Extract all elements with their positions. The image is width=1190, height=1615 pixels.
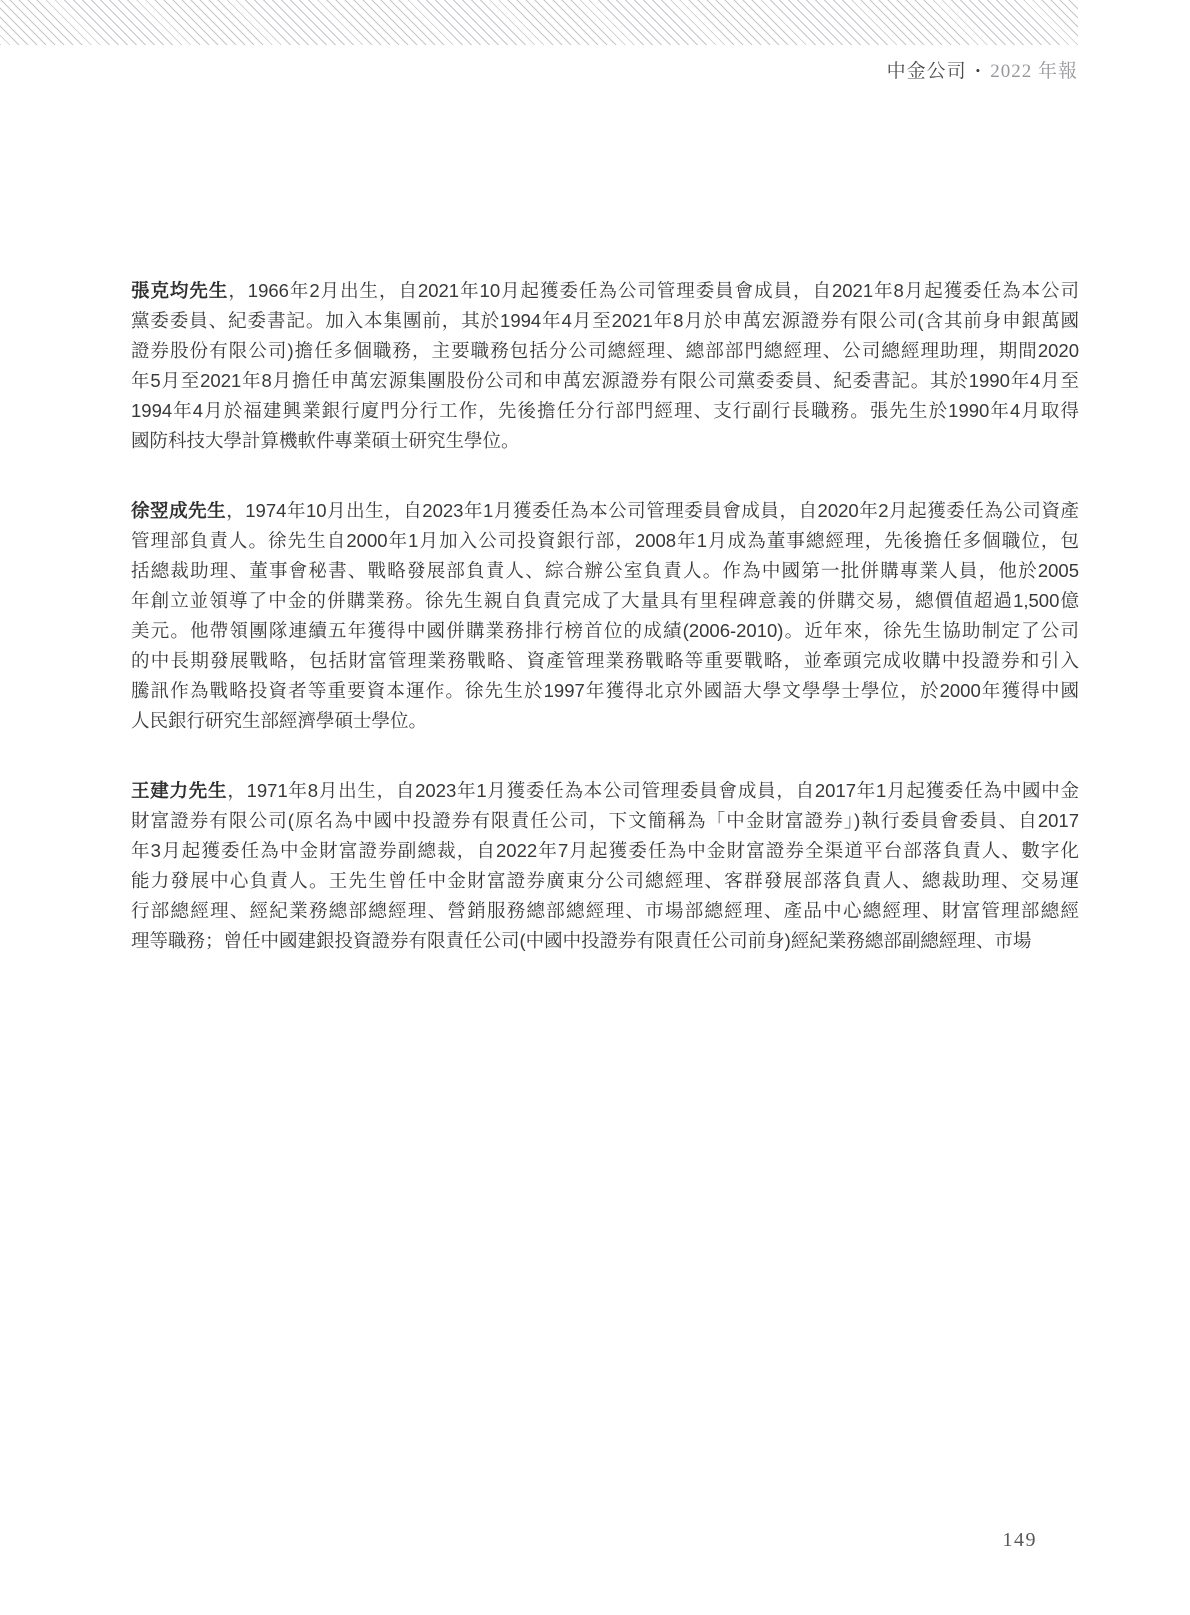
bio-line: 黨委委員、紀委書記。加入本集團前，其於1994年4月至2021年8月於申萬宏源證… <box>131 306 1079 336</box>
bio-line: 人民銀行研究生部經濟學碩士學位。 <box>131 706 1079 736</box>
bio-line: 年3月起獲委任為中金財富證券副總裁，自2022年7月起獲委任為中金財富證券全渠道… <box>131 836 1079 866</box>
bio-line: 騰訊作為戰略投資者等重要資本運作。徐先生於1997年獲得北京外國語大學文學學士學… <box>131 676 1079 706</box>
bio-line: 括總裁助理、董事會秘書、戰略發展部負責人、綜合辦公室負責人。作為中國第一批併購專… <box>131 556 1079 586</box>
executive-bio-section: 張克均先生，1966年2月出生，自2021年10月起獲委任為公司管理委員會成員，… <box>131 276 1079 996</box>
header-report-title: 2022 年報 <box>990 61 1078 82</box>
bio-line: 美元。他帶領團隊連續五年獲得中國併購業務排行榜首位的成績(2006-2010)。… <box>131 616 1079 646</box>
person-name: 徐翌成先生 <box>131 500 226 521</box>
bio-line: 管理部負責人。徐先生自2000年1月加入公司投資銀行部，2008年1月成為董事總… <box>131 526 1079 556</box>
person-name: 張克均先生 <box>131 280 228 301</box>
bio-text: ，1966年2月出生，自2021年10月起獲委任為公司管理委員會成員，自2021… <box>228 280 1079 301</box>
bio-paragraph: 徐翌成先生，1974年10月出生，自2023年1月獲委任為本公司管理委員會成員，… <box>131 496 1079 736</box>
person-name: 王建力先生 <box>131 780 227 801</box>
bio-line: 能力發展中心負責人。王先生曾任中金財富證券廣東分公司總經理、客群發展部落負責人、… <box>131 866 1079 896</box>
bio-line: 證券股份有限公司)擔任多個職務，主要職務包括分公司總經理、總部部門總經理、公司總… <box>131 336 1079 366</box>
bio-line: 國防科技大學計算機軟件專業碩士研究生學位。 <box>131 426 1079 456</box>
bio-line: 財富證券有限公司(原名為中國中投證券有限責任公司，下文簡稱為「中金財富證券」)執… <box>131 806 1079 836</box>
bio-line: 年5月至2021年8月擔任申萬宏源集團股份公司和申萬宏源證券有限公司黨委委員、紀… <box>131 366 1079 396</box>
bio-line: 理等職務；曾任中國建銀投資證券有限責任公司(中國中投證券有限責任公司前身)經紀業… <box>131 926 1079 956</box>
decorative-stripes-band <box>0 0 1078 45</box>
bio-text: ，1974年10月出生，自2023年1月獲委任為本公司管理委員會成員，自2020… <box>226 500 1079 521</box>
annual-report-page: 中金公司•2022 年報 張克均先生，1966年2月出生，自2021年10月起獲… <box>0 0 1190 1615</box>
bio-line: 的中長期發展戰略，包括財富管理業務戰略、資產管理業務戰略等重要戰略，並牽頭完成收… <box>131 646 1079 676</box>
page-header: 中金公司•2022 年報 <box>887 58 1078 85</box>
bio-line: 王建力先生，1971年8月出生，自2023年1月獲委任為本公司管理委員會成員，自… <box>131 776 1079 806</box>
header-company-name: 中金公司 <box>887 61 967 82</box>
bio-line: 年創立並領導了中金的併購業務。徐先生親自負責完成了大量具有里程碑意義的併購交易，… <box>131 586 1079 616</box>
bio-line: 張克均先生，1966年2月出生，自2021年10月起獲委任為公司管理委員會成員，… <box>131 276 1079 306</box>
header-separator-dot: • <box>976 63 982 78</box>
bio-paragraph: 張克均先生，1966年2月出生，自2021年10月起獲委任為公司管理委員會成員，… <box>131 276 1079 456</box>
bio-text: ，1971年8月出生，自2023年1月獲委任為本公司管理委員會成員，自2017年… <box>227 780 1079 801</box>
bio-line: 徐翌成先生，1974年10月出生，自2023年1月獲委任為本公司管理委員會成員，… <box>131 496 1079 526</box>
page-number: 149 <box>1003 1529 1038 1552</box>
bio-line: 行部總經理、經紀業務總部總經理、營銷服務總部總經理、市場部總經理、產品中心總經理… <box>131 896 1079 926</box>
bio-line: 1994年4月於福建興業銀行廈門分行工作，先後擔任分行部門經理、支行副行長職務。… <box>131 396 1079 426</box>
bio-paragraph: 王建力先生，1971年8月出生，自2023年1月獲委任為本公司管理委員會成員，自… <box>131 776 1079 956</box>
